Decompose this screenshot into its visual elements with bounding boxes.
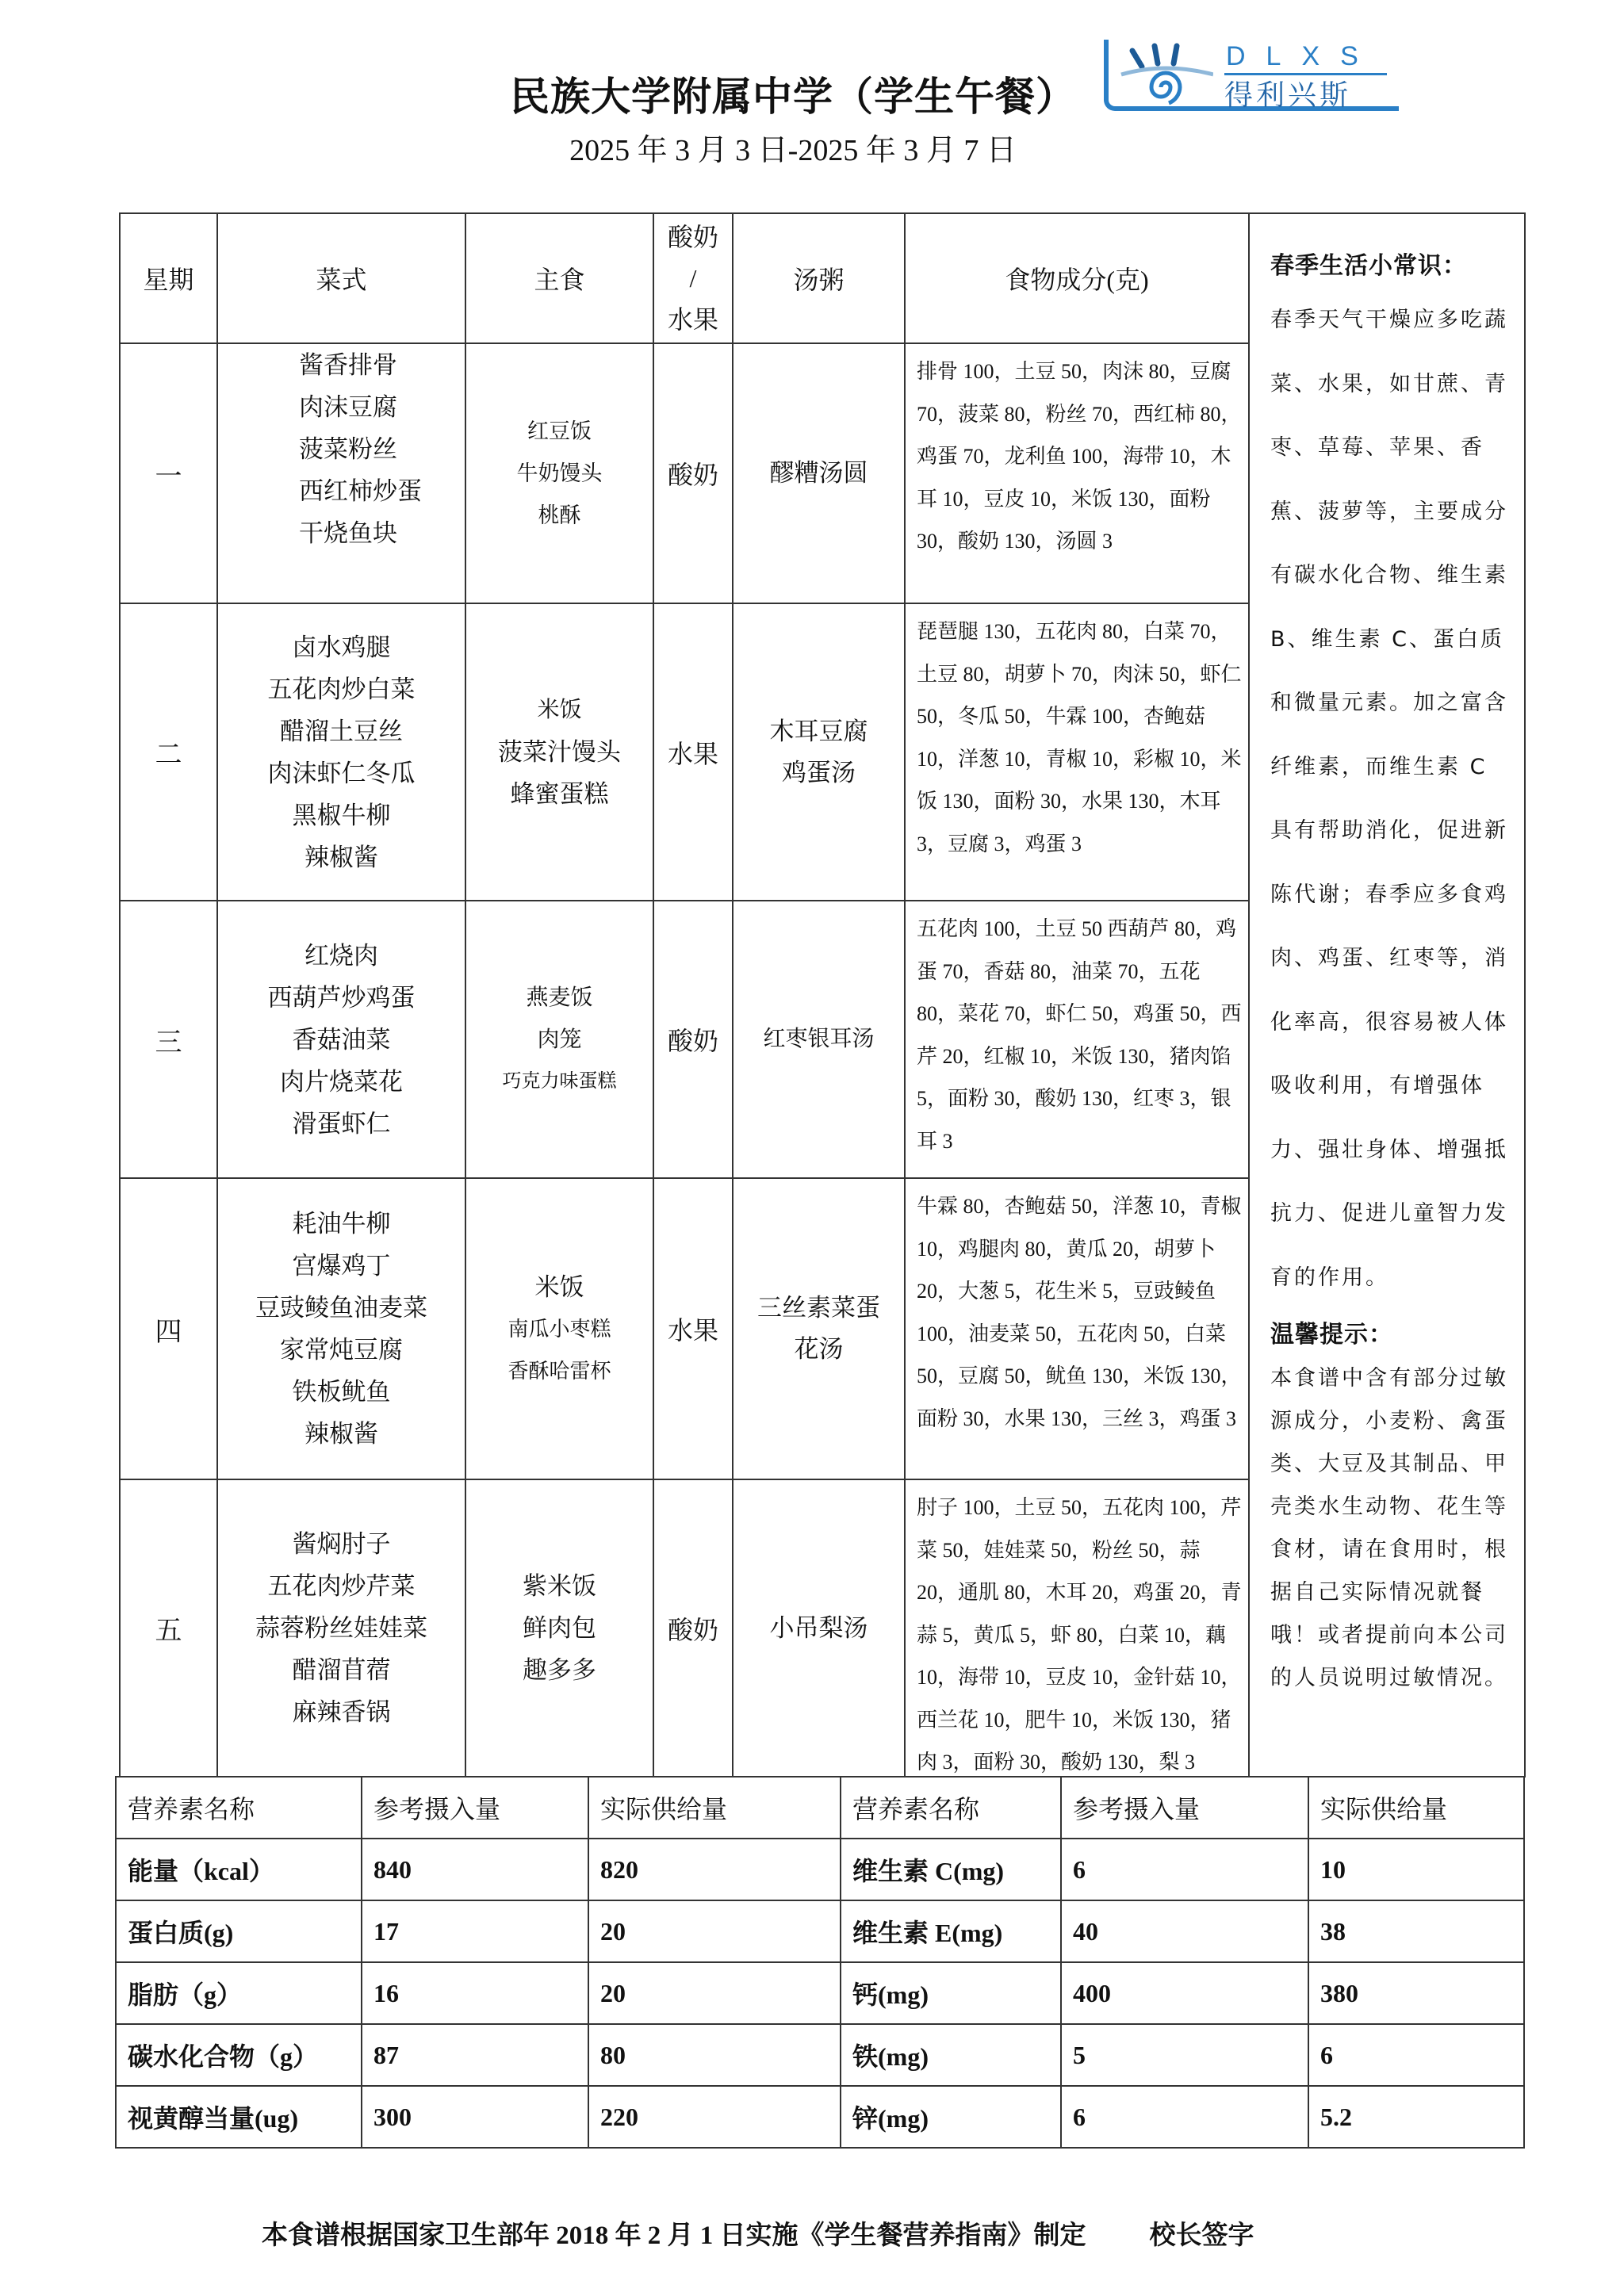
eye-swirl-icon — [1118, 40, 1213, 106]
soup-cell: 红枣银耳汤 — [732, 900, 906, 1179]
nutrient-name: 锌(mg) — [841, 2086, 1061, 2148]
header-actual-supply: 实际供给量 — [1308, 1777, 1524, 1839]
actual-value: 220 — [588, 2086, 841, 2148]
soup-line: 花汤 — [757, 1329, 880, 1370]
actual-value: 820 — [588, 1839, 841, 1900]
yogurt-fruit-cell: 水果 — [653, 603, 733, 901]
logo-english: DLXS — [1226, 41, 1379, 72]
day-cell: 五 — [119, 1479, 218, 1777]
header-reference-intake: 参考摄入量 — [362, 1777, 588, 1839]
dish-item: 五花肉炒白菜 — [268, 668, 416, 710]
dish-item: 干烧鱼块 — [299, 512, 397, 554]
actual-value: 80 — [588, 2024, 841, 2086]
reference-value: 87 — [362, 2024, 588, 2086]
dish-item: 卤水鸡腿 — [268, 626, 416, 668]
table-row: 蛋白质(g) 17 20 维生素 E(mg) 40 38 — [116, 1900, 1524, 1962]
soup-cell: 小吊梨汤 — [732, 1479, 906, 1777]
staple-item: 红豆饭 — [517, 411, 603, 453]
staples-cell: 紫米饭 鲜肉包 趣多多 — [465, 1479, 654, 1777]
dish-item: 菠菜粉丝 — [299, 428, 397, 470]
soup-cell: 木耳豆腐 鸡蛋汤 — [732, 603, 906, 901]
dish-item: 宫爆鸡丁 — [255, 1245, 427, 1287]
tips-title: 春季生活小常识： — [1270, 244, 1516, 289]
staple-item: 趣多多 — [523, 1649, 596, 1691]
ingredients-cell: 肘子 100，土豆 50，五花肉 100，芹菜 50，娃娃菜 50，粉丝 50，… — [904, 1479, 1250, 1777]
tips-sidebar: 春季生活小常识： 春季天气干燥应多吃蔬菜、水果，如甘蔗、青枣、草莓、苹果、香蕉、… — [1248, 212, 1526, 1777]
yogurt-fruit-cell: 水果 — [653, 1177, 733, 1480]
dish-item: 耗油牛柳 — [255, 1203, 427, 1245]
actual-value: 20 — [588, 1900, 841, 1962]
dish-item: 辣椒酱 — [255, 1413, 427, 1455]
header-yogurt-fruit: 酸奶 / 水果 — [653, 212, 733, 344]
header-dishes: 菜式 — [216, 212, 466, 344]
actual-value: 5.2 — [1308, 2086, 1524, 2148]
table-row: 视黄醇当量(ug) 300 220 锌(mg) 6 5.2 — [116, 2086, 1524, 2148]
day-cell: 二 — [119, 603, 218, 901]
ingredients-cell: 牛霖 80，杏鲍菇 50，洋葱 10，青椒 10，鸡腿肉 80，黄瓜 20，胡萝… — [904, 1177, 1250, 1480]
dishes-cell: 酱焖肘子 五花肉炒芹菜 蒜蓉粉丝娃娃菜 醋溜苜蓿 麻辣香锅 — [216, 1479, 466, 1777]
nutrient-name: 碳水化合物（g） — [116, 2024, 362, 2086]
soup-line: 红枣银耳汤 — [763, 1019, 874, 1060]
footer-note: 本食谱根据国家卫生部年 2018 年 2 月 1 日实施《学生餐营养指南》制定 — [262, 2221, 1086, 2250]
nutrient-name: 蛋白质(g) — [116, 1900, 362, 1962]
soup-line: 鸡蛋汤 — [770, 752, 868, 794]
reference-value: 300 — [362, 2086, 588, 2148]
staple-item: 米饭 — [507, 1266, 611, 1308]
dish-item: 西红柿炒蛋 — [299, 470, 422, 512]
nutrition-header-row: 营养素名称 参考摄入量 实际供给量 营养素名称 参考摄入量 实际供给量 — [116, 1777, 1524, 1839]
tips-text: 春季天气干燥应多吃蔬菜、水果，如甘蔗、青枣、草莓、苹果、香蕉、菠萝等，主要成分有… — [1270, 289, 1516, 1310]
table-row: 碳水化合物（g） 87 80 铁(mg) 5 6 — [116, 2024, 1524, 2086]
staple-item: 蜂蜜蛋糕 — [498, 773, 621, 815]
soup-cell: 三丝素菜蛋 花汤 — [732, 1177, 906, 1480]
logo-chinese: 得利兴斯 — [1224, 73, 1351, 113]
dish-item: 蒜蓉粉丝娃娃菜 — [255, 1607, 427, 1649]
yogurt-fruit-cell: 酸奶 — [653, 1479, 733, 1777]
actual-value: 6 — [1308, 2024, 1524, 2086]
dish-item: 肉片烧菜花 — [268, 1061, 416, 1103]
actual-value: 20 — [588, 1962, 841, 2024]
staple-item: 米饭 — [498, 689, 621, 731]
staples-cell: 米饭 菠菜汁馒头 蜂蜜蛋糕 — [465, 603, 654, 901]
day-cell: 四 — [119, 1177, 218, 1480]
actual-value: 380 — [1308, 1962, 1524, 2024]
header-actual-supply: 实际供给量 — [588, 1777, 841, 1839]
staple-item: 牛奶馒头 — [517, 453, 603, 495]
dish-item: 醋溜苜蓿 — [255, 1649, 427, 1691]
staple-item: 燕麦饭 — [503, 977, 617, 1019]
yogurt-fruit-cell: 酸奶 — [653, 342, 733, 604]
yogurt-fruit-cell: 酸奶 — [653, 900, 733, 1179]
dish-item: 滑蛋虾仁 — [268, 1103, 416, 1145]
dish-item: 红烧肉 — [268, 935, 416, 977]
dish-item: 黑椒牛柳 — [268, 794, 416, 836]
reference-value: 6 — [1061, 1839, 1308, 1900]
header-yogurt-line-2: / — [668, 258, 718, 299]
dish-item: 肉沫虾仁冬瓜 — [268, 752, 416, 794]
reference-value: 5 — [1061, 2024, 1308, 2086]
ingredients-cell: 排骨 100，土豆 50，肉沫 80，豆腐 70，菠菜 80，粉丝 70，西红柿… — [904, 342, 1250, 604]
table-row: 脂肪（g） 16 20 钙(mg) 400 380 — [116, 1962, 1524, 2024]
soup-line: 小吊梨汤 — [770, 1608, 868, 1649]
principal-signature-label: 校长签字 — [1150, 2221, 1254, 2250]
header-soup: 汤粥 — [732, 212, 906, 344]
nutrition-table: 营养素名称 参考摄入量 实际供给量 营养素名称 参考摄入量 实际供给量 能量（k… — [115, 1776, 1525, 2149]
dishes-cell: 红烧肉 西葫芦炒鸡蛋 香菇油菜 肉片烧菜花 滑蛋虾仁 — [216, 900, 466, 1179]
header-staple: 主食 — [465, 212, 654, 344]
dish-item: 麻辣香锅 — [255, 1691, 427, 1733]
dish-item: 醋溜土豆丝 — [268, 710, 416, 752]
reference-value: 17 — [362, 1900, 588, 1962]
staples-cell: 米饭 南瓜小枣糕 香酥哈雷杯 — [465, 1177, 654, 1480]
dish-item: 家常炖豆腐 — [255, 1329, 427, 1371]
staple-item: 香酥哈雷杯 — [507, 1350, 611, 1392]
header-nutrient-name: 营养素名称 — [116, 1777, 362, 1839]
dish-item: 香菇油菜 — [268, 1019, 416, 1061]
dish-item: 肉沫豆腐 — [299, 386, 397, 428]
dishes-cell: 耗油牛柳 宫爆鸡丁 豆豉鲮鱼油麦菜 家常炖豆腐 铁板鱿鱼 辣椒酱 — [216, 1177, 466, 1480]
header-nutrient-name: 营养素名称 — [841, 1777, 1061, 1839]
nutrient-name: 视黄醇当量(ug) — [116, 2086, 362, 2148]
dish-item: 酱焖肘子 — [255, 1523, 427, 1565]
nutrient-name: 维生素 E(mg) — [841, 1900, 1061, 1962]
nutrient-name: 铁(mg) — [841, 2024, 1061, 2086]
table-row: 能量（kcal） 840 820 维生素 C(mg) 6 10 — [116, 1839, 1524, 1900]
nutrient-name: 能量（kcal） — [116, 1839, 362, 1900]
nutrient-name: 维生素 C(mg) — [841, 1839, 1061, 1900]
dish-item: 五花肉炒芹菜 — [255, 1565, 427, 1607]
staple-item: 巧克力味蛋糕 — [503, 1061, 617, 1103]
reference-value: 6 — [1061, 2086, 1308, 2148]
ingredients-cell: 琵琶腿 130，五花肉 80，白菜 70，土豆 80，胡萝卜 70，肉沫 50，… — [904, 603, 1250, 901]
reference-value: 40 — [1061, 1900, 1308, 1962]
company-logo: DLXS 得利兴斯 — [1104, 40, 1399, 111]
date-range: 2025 年 3 月 3 日-2025 年 3 月 7 日 — [492, 125, 1094, 169]
header-yogurt-line-3: 水果 — [668, 299, 718, 340]
day-cell: 三 — [119, 900, 218, 1179]
reference-value: 400 — [1061, 1962, 1308, 2024]
staples-cell: 红豆饭 牛奶馒头 桃酥 — [465, 342, 654, 604]
dishes-cell: 卤水鸡腿 五花肉炒白菜 醋溜土豆丝 肉沫虾仁冬瓜 黑椒牛柳 辣椒酱 — [216, 603, 466, 901]
day-cell: 一 — [119, 342, 218, 604]
staple-item: 鲜肉包 — [523, 1607, 596, 1649]
reference-value: 840 — [362, 1839, 588, 1900]
nutrient-name: 钙(mg) — [841, 1962, 1061, 2024]
soup-cell: 醪糟汤圆 — [732, 342, 906, 604]
staple-item: 菠菜汁馒头 — [498, 731, 621, 773]
nutrient-name: 脂肪（g） — [116, 1962, 362, 2024]
dish-item: 铁板鱿鱼 — [255, 1371, 427, 1413]
footer: 本食谱根据国家卫生部年 2018 年 2 月 1 日实施《学生餐营养指南》制定校… — [262, 2214, 1254, 2252]
actual-value: 10 — [1308, 1839, 1524, 1900]
dish-item: 辣椒酱 — [268, 836, 416, 878]
staple-item: 紫米饭 — [523, 1565, 596, 1607]
header-ingredients: 食物成分(克) — [904, 212, 1250, 344]
notice-title: 温馨提示： — [1270, 1313, 1516, 1357]
page-title: 民族大学附属中学（学生午餐） — [492, 65, 1094, 122]
actual-value: 38 — [1308, 1900, 1524, 1962]
reference-value: 16 — [362, 1962, 588, 2024]
dishes-cell: 酱香排骨 肉沫豆腐 菠菜粉丝 西红柿炒蛋 干烧鱼块 — [216, 342, 466, 604]
staple-item: 南瓜小枣糕 — [507, 1308, 611, 1350]
header-yogurt-line-1: 酸奶 — [668, 216, 718, 258]
staple-item: 桃酥 — [517, 495, 603, 537]
dish-item: 西葫芦炒鸡蛋 — [268, 977, 416, 1019]
notice-text: 本食谱中含有部分过敏源成分，小麦粉、禽蛋类、大豆及其制品、甲壳类水生动物、花生等… — [1270, 1357, 1516, 1700]
soup-line: 木耳豆腐 — [770, 711, 868, 752]
ingredients-cell: 五花肉 100，土豆 50 西葫芦 80，鸡蛋 70，香菇 80，油菜 70，五… — [904, 900, 1250, 1179]
staple-item: 肉笼 — [503, 1019, 617, 1061]
soup-line: 三丝素菜蛋 — [757, 1288, 880, 1329]
dish-item: 豆豉鲮鱼油麦菜 — [255, 1287, 427, 1329]
dish-item: 酱香排骨 — [299, 344, 397, 386]
staples-cell: 燕麦饭 肉笼 巧克力味蛋糕 — [465, 900, 654, 1179]
header-weekday: 星期 — [119, 212, 218, 344]
soup-line: 醪糟汤圆 — [770, 453, 868, 494]
header-reference-intake: 参考摄入量 — [1061, 1777, 1308, 1839]
